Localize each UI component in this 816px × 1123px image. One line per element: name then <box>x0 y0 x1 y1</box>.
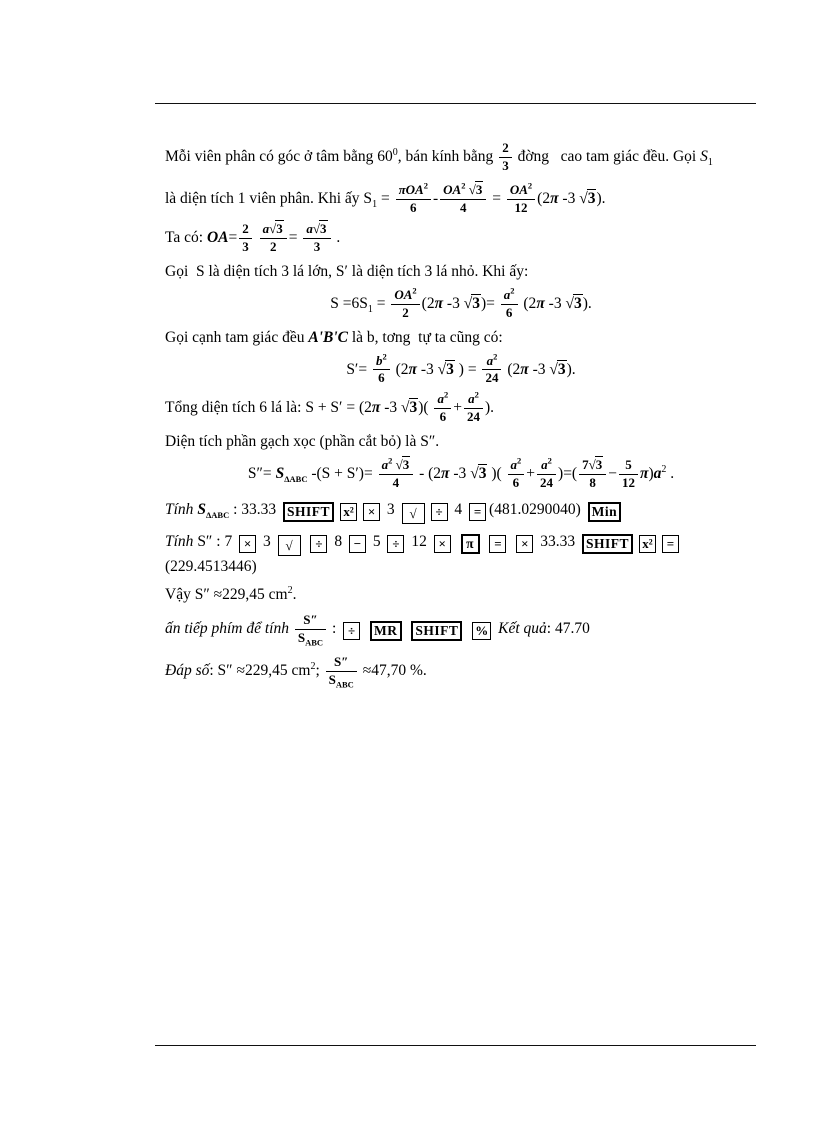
text-run: -3 <box>545 295 566 312</box>
text-run: (481.0290040) <box>489 501 585 518</box>
sqrt-expression: √3 <box>549 360 566 378</box>
text-run: 33.33 <box>536 533 579 550</box>
fraction-numerator: S″ <box>326 655 357 672</box>
ta-co-line: Ta có: OA=23 a√32= a√33 . <box>165 221 757 256</box>
text-run: -3 <box>443 295 464 312</box>
fraction: a224 <box>537 458 556 491</box>
radicand: 3 <box>573 294 583 312</box>
fraction-numerator: a√3 <box>303 222 330 239</box>
text-run: : <box>328 620 340 637</box>
bold-text-run: 6 <box>410 200 417 215</box>
text-run: , bán kính bằng <box>398 148 497 165</box>
radicand: 3 <box>445 360 455 378</box>
calc-key-multiply: × <box>239 535 256 553</box>
text-run: -3 <box>417 361 438 378</box>
math-symbol: OA <box>207 229 229 246</box>
text-run: + <box>453 399 462 416</box>
text-run <box>465 620 469 637</box>
fraction-denominator: 24 <box>537 475 556 491</box>
s-double-prime-formula: S″= SΔABC -(S + S′)= a2 √34 - (2π -3 √3 … <box>165 457 757 492</box>
text-run: (2 <box>503 361 520 378</box>
calc-key-pi: π <box>461 534 480 554</box>
text-run: (229.4513446) <box>165 558 257 575</box>
math-symbol: π <box>435 295 443 312</box>
sqrt-expression: √3 <box>464 294 481 312</box>
math-symbol: π <box>441 465 449 482</box>
fraction-numerator: a2 <box>508 458 525 475</box>
fraction-denominator: 2 <box>260 239 287 255</box>
calc-key-x-squared: x² <box>639 535 656 553</box>
text-run: = <box>377 190 394 207</box>
text-run <box>405 620 409 637</box>
fraction-denominator: 24 <box>464 409 483 425</box>
tong-dien-tich-line: Tổng diện tích 6 lá là: S + S′ = (2π -3 … <box>165 391 757 426</box>
dien-tich-gach-xoc-line: Diện tích phần gạch xọc (phần cắt bỏ) là… <box>165 431 757 452</box>
sqrt-expression: √3 <box>579 189 596 207</box>
fraction-numerator: a2 √3 <box>379 458 414 475</box>
calc-s-double-prime-line: Tính S″ : 7 × 3 √ ÷ 8 − 5 ÷ 12 × π = × 3… <box>165 531 757 577</box>
fraction-denominator: 24 <box>482 370 501 386</box>
text-run: = <box>289 229 302 246</box>
text-run: : 47.70 <box>547 620 590 637</box>
superscript: 2 <box>412 285 416 295</box>
fraction: a2 √34 <box>379 458 414 491</box>
fraction: a26 <box>501 288 518 321</box>
fraction: OA22 <box>391 288 419 321</box>
fraction-numerator: a2 <box>537 458 556 475</box>
sqrt-expression: √3 <box>396 456 411 472</box>
vay-line: Vậy S″ ≈229,45 cm2. <box>165 584 757 605</box>
fraction: OA2 √34 <box>440 183 486 216</box>
text-run: -3 <box>380 399 401 416</box>
radical-sign-icon: √ <box>565 295 573 312</box>
math-symbol: π <box>550 190 558 207</box>
text-run: = <box>373 295 390 312</box>
an-tiep-phim-line: ấn tiếp phím để tính S″SABC : ÷ MR SHIFT… <box>165 612 757 647</box>
radicand: 3 <box>557 360 567 378</box>
subscript: 1 <box>708 157 713 168</box>
fraction-numerator: S″ <box>295 613 326 630</box>
superscript: 2 <box>475 390 479 400</box>
bottom-horizontal-rule <box>155 1045 756 1046</box>
radical-sign-icon: √ <box>579 190 587 207</box>
fraction: 23 <box>499 141 512 174</box>
radicand: 3 <box>275 220 284 236</box>
text-run: . <box>666 465 674 482</box>
goi-canh-line: Gọi cạnh tam giác đều A'B'C là b, tơng t… <box>165 327 757 348</box>
bold-text-run: 3 <box>242 239 249 254</box>
document-page: Mỗi viên phân có góc ở tâm bằng 600, bán… <box>0 0 816 1123</box>
bold-text-run: 4 <box>393 475 400 490</box>
text-run: Vậy S″ ≈229,45 cm <box>165 586 288 603</box>
text-run: )( <box>418 399 432 416</box>
text-run: (2 <box>537 190 550 207</box>
fraction-denominator: 6 <box>501 305 518 321</box>
bold-text-run: 3 <box>502 158 509 173</box>
text-run: -3 <box>529 361 550 378</box>
calc-key-shift: SHIFT <box>411 621 462 641</box>
sqrt-expression: √3 <box>589 456 604 472</box>
calc-key-equals: = <box>469 503 486 521</box>
dap-so-line: Đáp số: S″ ≈229,45 cm2; S″SABC ≈47,70 %. <box>165 654 757 689</box>
top-horizontal-rule <box>155 103 756 104</box>
text-run: (2 <box>392 361 409 378</box>
text-run: + <box>526 465 535 482</box>
text-run: : 33.33 <box>229 501 280 518</box>
bold-text-run: S″ <box>303 612 317 627</box>
radical-sign-icon: √ <box>396 457 402 472</box>
italic-text-run: Tính <box>165 533 197 550</box>
fraction-numerator: a2 <box>434 392 451 409</box>
fraction-numerator: OA2 <box>507 183 535 200</box>
fraction-numerator: a2 <box>501 288 518 305</box>
text-run: 12 <box>407 533 430 550</box>
fraction-numerator: OA2 √3 <box>440 183 486 200</box>
bold-text-run: S <box>329 672 336 687</box>
fraction-numerator: 2 <box>239 222 252 239</box>
radicand: 3 <box>478 464 488 482</box>
calc-key-shift: SHIFT <box>283 502 334 522</box>
superscript: 2 <box>444 390 448 400</box>
text-run: là b, tơng tự ta cũng có: <box>348 329 503 346</box>
text-run: ). <box>567 361 576 378</box>
calc-key-divide: ÷ <box>387 535 404 553</box>
text-run: 4 <box>451 501 467 518</box>
text-run: 5 <box>369 533 385 550</box>
text-run: Ta có: <box>165 229 207 246</box>
s1-formula-line: là diện tích 1 viên phân. Khi ấy S1 = πO… <box>165 182 757 217</box>
bold-text-run: 24 <box>540 475 553 490</box>
fraction-numerator: a2 <box>482 354 501 371</box>
text-run: Gọi cạnh tam giác đều <box>165 329 308 346</box>
math-symbol: π <box>536 295 544 312</box>
subscript: ABC <box>305 638 323 648</box>
calc-key-x-squared: x² <box>340 503 357 521</box>
fraction-numerator: πOA2 <box>396 183 431 200</box>
text-run: (2 <box>422 295 435 312</box>
fraction: 7√38 <box>579 458 606 491</box>
text-run <box>454 533 458 550</box>
radicand: 3 <box>475 181 484 197</box>
fraction: a√33 <box>303 222 330 255</box>
text-run: S″ : 7 <box>197 533 236 550</box>
text-run <box>254 229 258 246</box>
text-run: -(S + S′)= <box>307 465 376 482</box>
text-run: = <box>229 229 238 246</box>
text-run: = <box>488 190 505 207</box>
radical-sign-icon: √ <box>401 399 409 416</box>
text-run: ). <box>596 190 605 207</box>
math-symbol: π <box>409 361 417 378</box>
bold-text-run: 2 <box>502 140 509 155</box>
bold-text-run: 8 <box>589 475 596 490</box>
superscript: 2 <box>528 181 532 191</box>
sqrt-expression: √3 <box>313 220 328 236</box>
radicand: 3 <box>402 456 411 472</box>
radicand: 3 <box>409 398 419 416</box>
bold-text-run: 24 <box>467 409 480 424</box>
text-run: S =6S <box>330 295 368 312</box>
text-run: -3 <box>450 465 471 482</box>
calc-key-shift: SHIFT <box>582 534 633 554</box>
radicand: 3 <box>595 456 604 472</box>
text-run: - <box>433 190 438 207</box>
calc-key-sqrt: √ <box>402 503 425 524</box>
fraction: a224 <box>464 392 483 425</box>
calc-key-multiply: × <box>363 503 380 521</box>
superscript: 2 <box>548 456 552 466</box>
intro-line-1: Mỗi viên phân có góc ở tâm bằng 600, bán… <box>165 140 757 175</box>
italic-text-run: Đáp số <box>165 662 209 679</box>
fraction-denominator: 6 <box>373 370 390 386</box>
sqrt-expression: √3 <box>438 360 455 378</box>
radical-sign-icon: √ <box>470 465 478 482</box>
math-symbol: S <box>276 465 285 482</box>
bold-text-run: 6 <box>378 370 385 385</box>
fraction-numerator: a√3 <box>260 222 287 239</box>
math-symbol: OA <box>394 287 412 302</box>
fraction-denominator: 8 <box>579 475 606 491</box>
sqrt-expression: √3 <box>469 181 484 197</box>
radical-sign-icon: √ <box>469 182 475 197</box>
fraction-denominator: 3 <box>499 158 512 174</box>
sqrt-expression: √3 <box>401 398 418 416</box>
text-run: )=( <box>558 465 577 482</box>
calc-key-min: Min <box>588 502 622 522</box>
fraction-numerator: 5 <box>619 458 638 475</box>
bold-text-run: 3 <box>314 239 321 254</box>
calc-key-multiply: × <box>434 535 451 553</box>
fraction-numerator: b2 <box>373 354 390 371</box>
text-run: . <box>333 229 341 246</box>
superscript: 2 <box>510 285 514 295</box>
s-prime-formula: S′= b26 (2π -3 √3 ) = a224 (2π -3 √3). <box>165 353 757 388</box>
sqrt-expression: √3 <box>565 294 582 312</box>
fraction-denominator: 2 <box>391 305 419 321</box>
text-run: ). <box>485 399 494 416</box>
calc-key-equals: = <box>489 535 506 553</box>
text-run: )= <box>481 295 499 312</box>
fraction: S″SABC <box>326 655 357 688</box>
calc-key-multiply: × <box>516 535 533 553</box>
bold-text-run: 24 <box>485 370 498 385</box>
fraction-numerator: OA2 <box>391 288 419 305</box>
bold-text-run: S″ <box>334 654 348 669</box>
bold-text-run: 6 <box>513 475 520 490</box>
fraction-denominator: 4 <box>440 200 486 216</box>
radical-sign-icon: √ <box>589 457 595 472</box>
text-run <box>509 533 513 550</box>
document-body: Mỗi viên phân có góc ở tâm bằng 600, bán… <box>165 138 757 693</box>
text-run: Diện tích phần gạch xọc (phần cắt bỏ) là… <box>165 433 439 450</box>
math-symbol: S <box>197 501 206 518</box>
calc-key-sqrt: √ <box>278 535 301 556</box>
text-run: − <box>608 465 617 482</box>
fraction: a26 <box>508 458 525 491</box>
calc-key-equals: = <box>662 535 679 553</box>
fraction: a√32 <box>260 222 287 255</box>
math-symbol: OA <box>510 182 528 197</box>
math-symbol: πOA <box>399 182 424 197</box>
text-run: 3 <box>383 501 399 518</box>
text-run: (2 <box>520 295 537 312</box>
fraction-denominator: SABC <box>326 672 357 688</box>
fraction-denominator: SABC <box>295 630 326 646</box>
math-symbol: π <box>520 361 528 378</box>
bold-text-run: 6 <box>506 305 513 320</box>
text-run: - (2 <box>415 465 441 482</box>
subscript: ABC <box>336 680 354 690</box>
radicand: 3 <box>471 294 481 312</box>
calc-key-divide: ÷ <box>343 622 360 640</box>
bold-text-run: 4 <box>460 200 467 215</box>
bold-text-run: 12 <box>622 475 635 490</box>
text-run: 8 <box>330 533 346 550</box>
bold-text-run: 6 <box>440 409 447 424</box>
text-run: ; <box>315 662 323 679</box>
fraction-denominator: 6 <box>434 409 451 425</box>
fraction-numerator: 2 <box>499 141 512 158</box>
text-run: : S″ ≈229,45 cm <box>209 662 310 679</box>
bold-text-run: 12 <box>515 200 528 215</box>
fraction: πOA26 <box>396 183 431 216</box>
subscript: ΔABC <box>284 474 307 484</box>
s-equals-6s1-formula: S =6S1 = OA22(2π -3 √3)= a26 (2π -3 √3). <box>165 287 757 322</box>
calc-s-abc-line: Tính SΔABC : 33.33 SHIFTx²× 3 √÷ 4 =(481… <box>165 499 757 524</box>
radical-sign-icon: √ <box>549 361 557 378</box>
italic-text-run: S <box>700 148 708 165</box>
fraction-numerator: 7√3 <box>579 458 606 475</box>
fraction-denominator: 3 <box>239 239 252 255</box>
fraction: 512 <box>619 458 638 491</box>
superscript: 2 <box>382 351 386 361</box>
text-run: . <box>293 586 297 603</box>
text-run: -3 <box>559 190 580 207</box>
fraction-denominator: 12 <box>619 475 638 491</box>
text-run: ). <box>583 295 592 312</box>
text-run: đờng cao tam giác đều. Gọi <box>514 148 700 165</box>
text-run <box>304 533 308 550</box>
math-symbol: OA <box>443 182 461 197</box>
fraction-denominator: 4 <box>379 475 414 491</box>
fraction: b26 <box>373 354 390 387</box>
bold-text-run: 2 <box>270 239 277 254</box>
italic-text-run: Tính <box>165 501 197 518</box>
text-run: 3 <box>259 533 275 550</box>
sqrt-expression: √3 <box>470 464 487 482</box>
calc-key-mr: MR <box>370 621 402 641</box>
sqrt-expression: √3 <box>269 220 284 236</box>
text-run: )( <box>487 465 505 482</box>
text-run: S″= <box>248 465 276 482</box>
fraction-denominator: 6 <box>396 200 431 216</box>
fraction-denominator: 3 <box>303 239 330 255</box>
italic-text-run: ấn tiếp phím để tính <box>165 620 293 637</box>
calc-key-divide: ÷ <box>310 535 327 553</box>
superscript: 2 <box>493 351 497 361</box>
fraction-denominator: 12 <box>507 200 535 216</box>
superscript: 2 <box>424 181 428 191</box>
text-run: ≈47,70 %. <box>359 662 427 679</box>
bold-text-run: 5 <box>625 457 632 472</box>
fraction: a224 <box>482 354 501 387</box>
calc-key-minus: − <box>349 535 366 553</box>
fraction-denominator: 6 <box>508 475 525 491</box>
fraction-numerator: a2 <box>464 392 483 409</box>
math-symbol: A'B'C <box>308 329 348 346</box>
bold-text-run: 2 <box>402 305 409 320</box>
radicand: 3 <box>319 220 328 236</box>
text-run: ) = <box>455 361 481 378</box>
fraction: 23 <box>239 222 252 255</box>
fraction: a26 <box>434 392 451 425</box>
superscript: 2 <box>517 456 521 466</box>
text-run <box>363 620 367 637</box>
subscript: ΔABC <box>206 510 229 520</box>
text-run: S′= <box>346 361 371 378</box>
text-run: Gọi S là diện tích 3 lá lớn, S′ là diện … <box>165 263 528 280</box>
text-run: Tổng diện tích 6 lá là: S + S′ = (2 <box>165 399 372 416</box>
italic-text-run: Kết quả <box>494 620 547 637</box>
text-run: Mỗi viên phân có góc ở tâm bằng 60 <box>165 148 393 165</box>
text-run: là diện tích 1 viên phân. Khi ấy S <box>165 190 372 207</box>
calc-key-divide: ÷ <box>431 503 448 521</box>
calc-key-percent: % <box>472 622 491 640</box>
fraction: S″SABC <box>295 613 326 646</box>
goi-s-line: Gọi S là diện tích 3 lá lớn, S′ là diện … <box>165 261 757 282</box>
fraction: OA212 <box>507 183 535 216</box>
bold-text-run: 2 <box>242 221 249 236</box>
text-run <box>483 533 487 550</box>
